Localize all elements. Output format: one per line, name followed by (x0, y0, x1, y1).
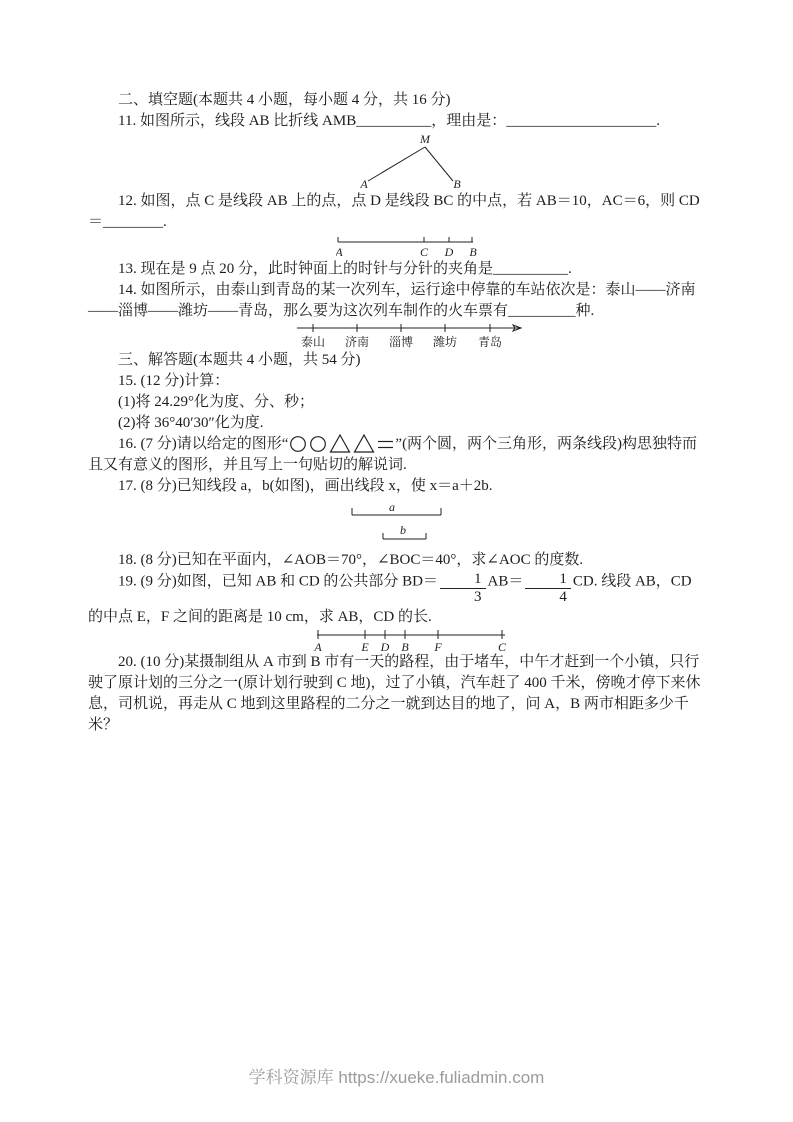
circle-icon (309, 435, 327, 453)
fraction-one-fourth: 14 (525, 571, 571, 607)
label-B: B (469, 245, 477, 259)
label-C: C (420, 245, 429, 259)
label-D: D (444, 245, 454, 259)
question-14: 14. 如图所示，由泰山到青岛的某一次列车，运行途中停靠的车站依次是：泰山——济… (88, 280, 708, 322)
station-zibo: 淄博 (389, 334, 413, 349)
fraction-one-third: 13 (440, 571, 486, 607)
question-13: 13. 现在是 9 点 20 分，此时钟面上的时针与分针的夹角是________… (88, 259, 708, 280)
station-taishan: 泰山 (301, 335, 325, 349)
segment-MB (425, 147, 453, 181)
question-18: 18. (8 分)已知在平面内，∠AOB＝70°，∠BOC＝40°，求∠AOC … (88, 550, 708, 571)
question-15-part2: (2)将 36°40′30″化为度. (88, 413, 708, 434)
figure-q17-segments-a-b: a b (350, 500, 475, 548)
label-a: a (389, 500, 395, 514)
label-B: B (453, 177, 461, 189)
label-b: b (400, 523, 406, 537)
label-M: M (419, 133, 431, 146)
section-fill-in-title: 二、填空题(本题共 4 小题，每小题 4 分，共 16 分) (88, 90, 708, 111)
footer-watermark: 学科资源库 https://xueke.fuliadmin.com (0, 1063, 793, 1088)
worksheet: 二、填空题(本题共 4 小题，每小题 4 分，共 16 分) 11. 如图所示，… (88, 90, 708, 736)
station-jinan: 济南 (345, 334, 369, 349)
section-answer-title: 三、解答题(本题共 4 小题，共 54 分) (88, 350, 708, 371)
station-weifang: 潍坊 (433, 335, 457, 349)
circle-icon (289, 435, 307, 453)
question-19-pre: 19. (9 分)如图，已知 AB 和 CD 的公共部分 BD＝ (118, 574, 438, 590)
question-12: 12. 如图，点 C 是线段 AB 上的点，点 D 是线段 BC 的中点，若 A… (88, 191, 708, 233)
question-20: 20. (10 分)某摄制组从 A 市到 B 市有一天的路程，由于堵车，中午才赶… (88, 652, 708, 736)
figure-q11-broken-line: M A B (340, 133, 475, 189)
label-A: A (359, 177, 368, 189)
question-19: 19. (9 分)如图，已知 AB 和 CD 的公共部分 BD＝13AB＝14C… (88, 571, 708, 628)
figure-q19-segment-AC: A E D B F C (313, 629, 513, 654)
station-qingdao: 青岛 (478, 334, 502, 349)
figure-q12-segment: A C D B (336, 234, 481, 259)
question-16-pre: 16. (7 分)请以给定的图形“ (118, 436, 288, 452)
question-16: 16. (7 分)请以给定的图形“”(两个圆，两个三角形，两条线段)构思独特而且… (88, 434, 708, 476)
double-segment-icon (377, 438, 394, 450)
question-19-mid: AB＝ (488, 574, 524, 590)
triangle-icon (353, 433, 375, 454)
label-A: A (336, 245, 343, 259)
segment-MA (368, 147, 425, 181)
question-11: 11. 如图所示，线段 AB 比折线 AMB__________，理由是：___… (88, 111, 708, 132)
question-17: 17. (8 分)已知线段 a，b(如图)，画出线段 x，使 x＝a＋2b. (88, 476, 708, 497)
triangle-icon (329, 433, 351, 454)
figure-q14-railway-line: 泰山 济南 淄博 潍坊 青岛 (293, 319, 533, 353)
question-15-part1: (1)将 24.29°化为度、分、秒； (88, 392, 708, 413)
question-15: 15. (12 分)计算： (88, 371, 708, 392)
